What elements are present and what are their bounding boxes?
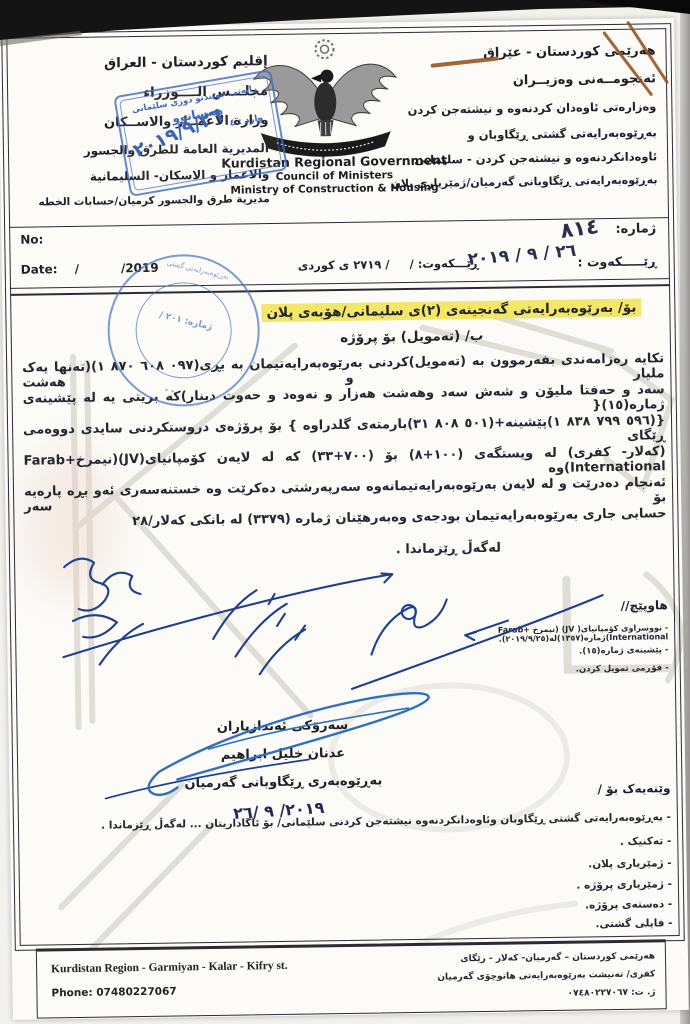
letter-subject-line: ب/ (تەمویل) بۆ پرۆژە bbox=[292, 327, 532, 347]
letter-to-line: بۆ/ بەرێوەبەرایەتی گەنجینەی (٢)ی سلیمانی… bbox=[261, 299, 641, 323]
attachment-item: - فۆڕمی تمویل کردن. bbox=[576, 663, 669, 674]
letter-frame: هەرێمی کوردستان - عێراق ئەنجومــەنی وەزی… bbox=[6, 28, 679, 946]
copy-to-item: - دەستەی پرۆژە. bbox=[585, 898, 672, 911]
copy-to-item: - ژمێریاری پرۆژە . bbox=[576, 878, 672, 891]
footer-address-en: Kurdistan Region - Garmiyan - Kalar - Ki… bbox=[51, 960, 288, 976]
scanned-letter-page: هەرێمی کوردستان - عێراق ئەنجومــەنی وەزی… bbox=[0, 0, 690, 1024]
letter-closing: لەگەڵ ڕێزماندا . bbox=[396, 541, 501, 558]
footer-contact-box: Kurdistan Region - Garmiyan - Kalar - Ki… bbox=[36, 939, 667, 1018]
header-line: إقليم كوردستان - العراق bbox=[16, 53, 268, 73]
attachment-item: - نووسراوی کۆمپانیای( JV) (نیمرخ +Farab … bbox=[338, 623, 668, 646]
rekawt-label: ڕێـــــکەوت : bbox=[577, 253, 656, 269]
signature-position: بەڕێوەبەری ڕێگاوبانی گەرمیان bbox=[128, 773, 438, 793]
date-label: Date: bbox=[21, 262, 58, 277]
footer-phone-en: Phone: 07480227067 bbox=[51, 986, 176, 1000]
rekawt-handwritten-value: ٢٦ / ٩ / ٢٠١٩ bbox=[467, 241, 577, 270]
round-stamp-center-text: ژمارە: ٢٠١ / bbox=[111, 299, 261, 343]
copy-to-item: - تەکنیک . bbox=[620, 835, 672, 848]
no-label: No: bbox=[20, 232, 43, 246]
footer-kurdish-block: هەرێمی کوردستان – گەرمیان- کەلار - رێگای… bbox=[355, 947, 656, 1005]
footer-kurdish-line: ژ. ت: ٠٧٤٨٠٢٢٧٠٦٧ bbox=[355, 983, 655, 1005]
date-value: / /2019 bbox=[75, 261, 159, 276]
number-label: ژماره: bbox=[615, 221, 656, 237]
meta-divider bbox=[11, 278, 669, 296]
number-handwritten-value: ٨١٤ bbox=[558, 214, 599, 243]
kurdish-date: ڕێـــکەوت: / / ٢٧١٩ ی کوردی bbox=[249, 256, 479, 273]
document-sheet: هەرێمی کوردستان - عێراق ئەنجومــەنی وەزی… bbox=[0, 18, 689, 1020]
copy-to-item: - ژمێریاری پلان. bbox=[588, 857, 672, 870]
copy-to-title: وێنەیەک بۆ / bbox=[597, 781, 670, 796]
signature-title: سەرۆکی ئەندازیاران bbox=[127, 717, 437, 737]
signature-name: عدنان خلیل ابراهیم bbox=[128, 745, 438, 765]
copy-to-item: - فایلی گشتی. bbox=[595, 917, 672, 930]
attachments-title: هاوپێچ// bbox=[621, 598, 668, 613]
header-arabic-column: إقليم كوردستان - العراق مجلـــس الــــوز… bbox=[16, 49, 268, 53]
attachment-item: - پێشینەی ژمارە(١٥). bbox=[579, 645, 668, 656]
